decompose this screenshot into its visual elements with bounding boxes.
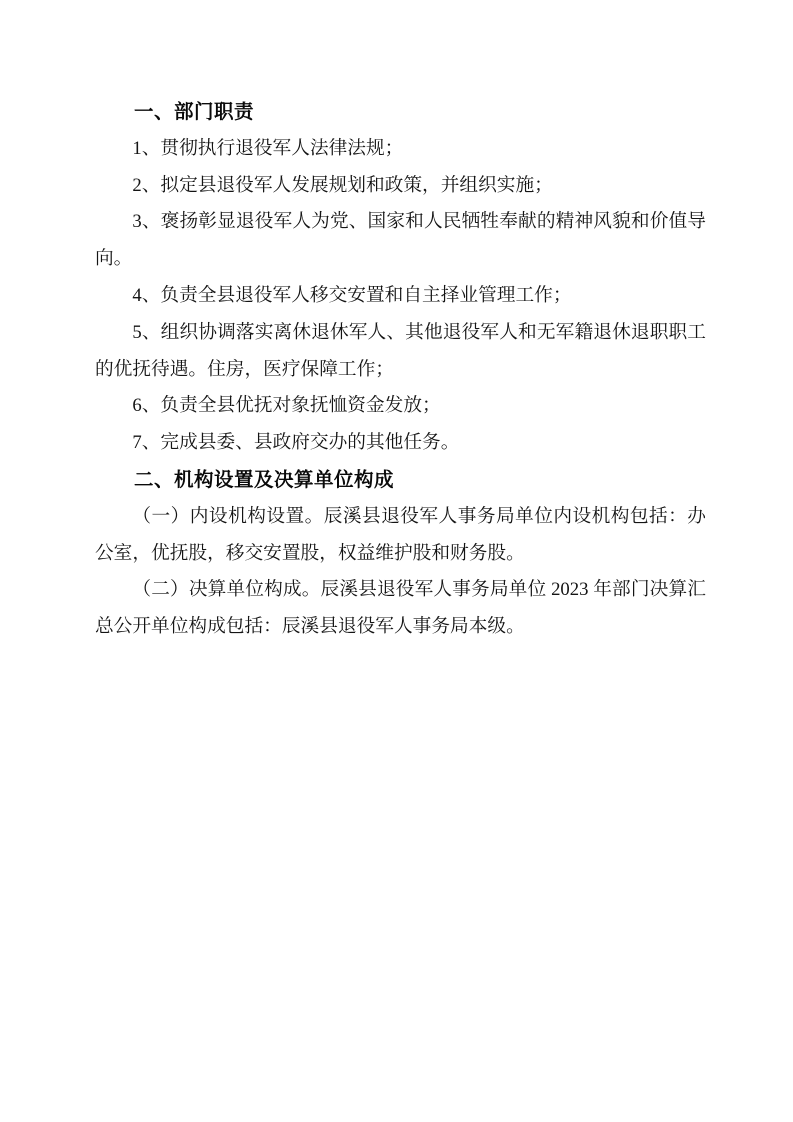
section-heading-organization: 二、机构设置及决算单位构成: [95, 462, 706, 499]
section-heading-duties: 一、部门职责: [95, 94, 706, 131]
unit-composition-paragraph: （二）决算单位构成。辰溪县退役军人事务局单位 2023 年部门决算汇总公开单位构…: [95, 572, 706, 646]
duty-item-1: 1、贯彻执行退役军人法律法规；: [95, 131, 706, 168]
duty-item-7: 7、完成县委、县政府交办的其他任务。: [95, 425, 706, 462]
document-page: 一、部门职责 1、贯彻执行退役军人法律法规； 2、拟定县退役军人发展规划和政策，…: [0, 0, 793, 1122]
duty-item-5: 5、组织协调落实离休退休军人、其他退役军人和无军籍退休退职职工的优抚待遇。住房，…: [95, 315, 706, 389]
duty-item-2: 2、拟定县退役军人发展规划和政策，并组织实施；: [95, 168, 706, 205]
org-setup-paragraph: （一）内设机构设置。辰溪县退役军人事务局单位内设机构包括：办公室，优抚股，移交安…: [95, 499, 706, 573]
duty-item-4: 4、负责全县退役军人移交安置和自主择业管理工作；: [95, 278, 706, 315]
duty-item-6: 6、负责全县优抚对象抚恤资金发放；: [95, 388, 706, 425]
duty-item-3: 3、褒扬彰显退役军人为党、国家和人民牺牲奉献的精神风貌和价值导向。: [95, 204, 706, 278]
